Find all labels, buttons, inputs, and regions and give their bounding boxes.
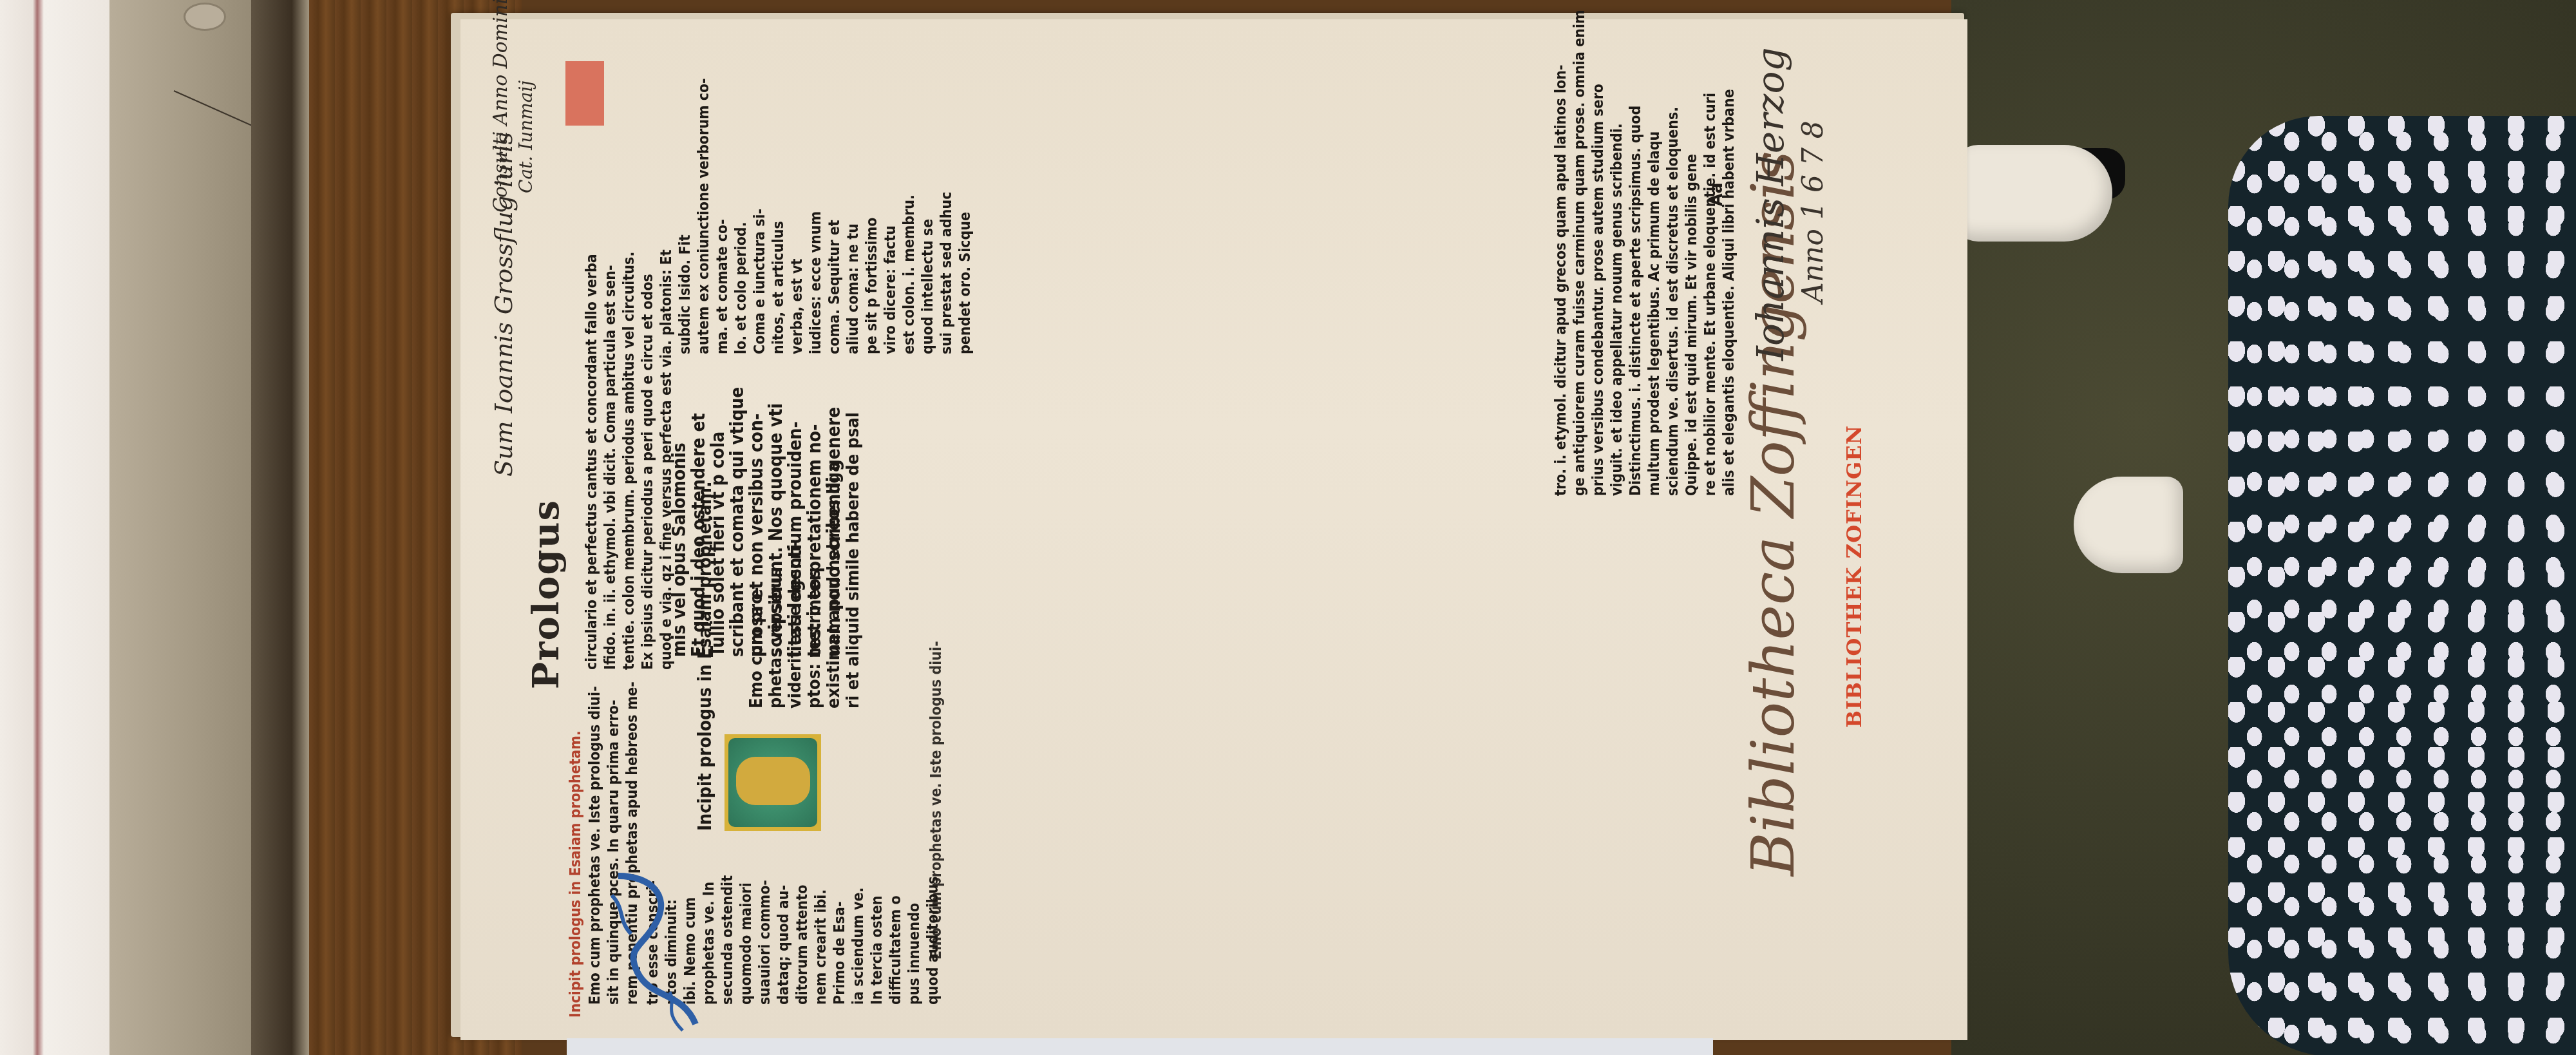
text-line: sui prestat sed adhuc [938, 78, 956, 354]
initial-gold-letter [736, 757, 810, 805]
signature-mark: Aa [1707, 183, 1725, 207]
red-page-tab [565, 61, 604, 126]
text-line: ia sciendum ve. [849, 875, 868, 1005]
text-line: Quippe. id est quid mirum. Et vir nobili… [1683, 10, 1701, 496]
illuminated-initial-n [724, 734, 821, 831]
text-line: autem ex coniunctione verborum co- [695, 78, 714, 354]
text-line: litati legentium prouiden- [786, 387, 805, 657]
owner-year: Anno 1 6 7 8 [1797, 120, 1830, 303]
ownership-note-line3: Cat. Iunmaij [515, 81, 536, 193]
column-d-end: tro. i. etymol. dicitur apud grecos quam… [1552, 10, 1739, 496]
text-line: pus innuendo [905, 875, 924, 1005]
text-line: viro dicere: factu [882, 78, 900, 354]
window-frame [0, 0, 109, 1055]
text-line: ditorum attento [793, 875, 812, 1005]
text-line: tentie. colon membrum. periodus ambitus … [620, 249, 639, 670]
text-line: prosa et non versibus con- [747, 387, 766, 657]
text-line: Ifido. in. ii. ethymol. vbi dicit. Coma … [601, 249, 620, 670]
sill-shadow [251, 0, 309, 1055]
window-recess [109, 0, 251, 1055]
column-b-mid: mis vel opus Salomonis Et quod i deo ost… [670, 387, 844, 657]
text-line: viguit. et ideo appellatur nouum genus s… [1608, 10, 1627, 496]
text-line: pendet oro. Sicque [956, 78, 975, 354]
polka-dot-skirt [2228, 116, 2576, 1055]
text-line: ge antiquiorem curam fuisse carminum qua… [1571, 10, 1589, 496]
column-b-narrow: subdic Isido. Fit autem ex coniunctione … [676, 78, 975, 354]
text-line: re et nobilior mente. Et urbane eloquent… [1701, 10, 1720, 496]
text-line: scribant et comata qui vtique [728, 387, 747, 657]
text-line: scripserunt. Nos quoque vti [766, 387, 786, 657]
text-line: verba, est vt [788, 78, 807, 354]
text-line: Ex ipsius dicitur periodus a peri quod e… [639, 249, 658, 670]
text-line: mis vel opus Salomonis [670, 387, 689, 657]
text-line: Et quod i deo ostendere et [689, 387, 708, 657]
owner-inscription: Iohannis Herzog [1748, 48, 1792, 361]
ownership-note-line2: Consulti Anno Domini 1 5 2 8 [489, 0, 512, 213]
text-line: suauiori commo- [756, 875, 775, 1005]
text-line: difficultatem o [887, 875, 905, 1005]
text-line: iudices: ecce vnum [807, 78, 826, 354]
text-line: Emo cum prophetas ve. Iste prologus diui… [927, 641, 946, 960]
text-line: quod intellectu se [919, 78, 938, 354]
text-line: subdic Isido. Fit [676, 78, 695, 354]
text-line: Primo de Esa- [831, 875, 849, 1005]
blue-flourish-initial-icon [599, 870, 708, 1037]
text-line: uam nouo scribendi genere [824, 387, 844, 657]
library-stamp: BIBLIOTHEK ZOFINGEN [1842, 425, 1866, 728]
paper-slip [567, 1038, 1713, 1055]
text-line: ri et aliquid simile habere de psal [844, 412, 863, 708]
text-line: coma. Sequitur et [826, 78, 844, 354]
text-line: secunda ostendit [719, 875, 737, 1005]
text-line: alis et elegantis eloquentie. Aliqui lib… [1720, 10, 1739, 496]
text-line: multum prodest legentibus. Ac primum de … [1645, 10, 1664, 496]
text-line: Tullio solet fieri vt p cola [708, 387, 728, 657]
text-line: Coma e iunctura si- [751, 78, 770, 354]
text-line: lo. et colo period. [732, 78, 751, 354]
text-line: nitos, et articulus [770, 78, 788, 354]
page-heading: Prologus [525, 499, 567, 689]
text-line: Distinctimus. i. distincte et aperte scr… [1627, 10, 1645, 496]
text-line: In tercia osten [868, 875, 887, 1005]
text-line: pe sit p fortissimo [863, 78, 882, 354]
text-line: prius versibus condebantur. prose autem … [1589, 10, 1608, 496]
screw-hole [184, 3, 226, 31]
text-line: nem crearit ibi. [812, 875, 831, 1005]
text-line: sciendum ve. disertus. id est discretus … [1664, 10, 1683, 496]
text-line: aliud coma: ne tu [844, 78, 863, 354]
incipit-line: Incipit prologus in Esaiam prophetam. [567, 730, 585, 1018]
column-c-commentary: Emo cum prophetas ve. Iste prologus diui… [927, 641, 946, 960]
text-line: quomodo maiori [737, 875, 756, 1005]
text-line: est colon. i. membru. [900, 78, 919, 354]
text-line: ma. et comate co- [714, 78, 732, 354]
text-line: tro. i. etymol. dicitur apud grecos quam… [1552, 10, 1571, 496]
sneaker-right [2074, 477, 2183, 573]
column-b: circulario et perfectus cantus et concor… [583, 249, 676, 670]
text-line: tes: interpretationem no- [805, 387, 824, 657]
text-line: dataq; quod au- [775, 875, 793, 1005]
text-line: circulario et perfectus cantus et concor… [583, 249, 601, 670]
incipit-text: Incipit prologus in Esaiam prophetam. [567, 730, 584, 1018]
sneaker-left [1951, 145, 2112, 242]
